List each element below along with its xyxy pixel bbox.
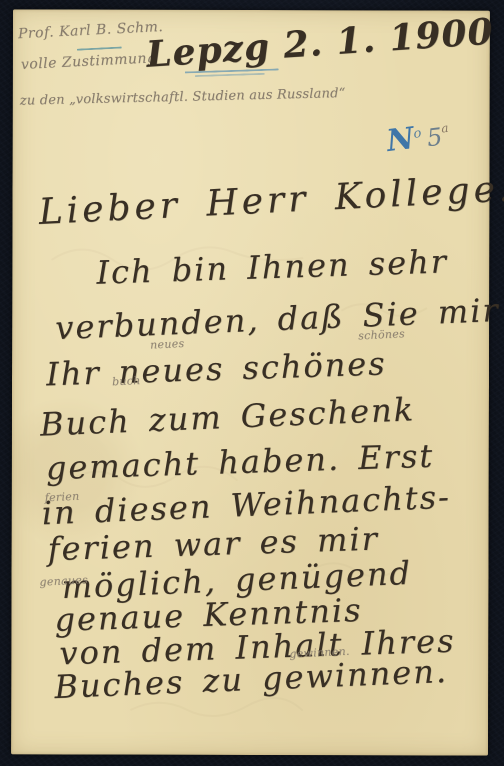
registry-number: No5a (385, 117, 451, 159)
interlinear-gloss: schönes (358, 327, 405, 342)
interlinear-gloss: buch (112, 374, 141, 388)
registry-prefix-sup: o (413, 126, 423, 142)
teal-underline-author (77, 46, 122, 50)
letter-paper: Prof. Karl B. Schm. volle Zustimmung zu … (11, 9, 490, 755)
interlinear-gloss: ferien (44, 490, 79, 505)
registry-superscript: a (440, 121, 449, 136)
interlinear-gloss: genaues (39, 573, 88, 588)
salutation: Lieber Herr Kollege! (38, 168, 504, 233)
pencil-note-approval: volle Zustimmung (21, 50, 157, 73)
scan-background: Prof. Karl B. Schm. volle Zustimmung zu … (0, 0, 504, 766)
blue-underline-dateline-2 (195, 73, 265, 77)
body-line: Ich bin Ihnen sehr (96, 242, 449, 291)
dateline: Lepzg 2. 1. 1900 (145, 11, 495, 76)
pencil-note-subject: zu den „volkswirtschaftl. Studien aus Ru… (20, 86, 346, 109)
interlinear-gloss: neues (150, 337, 185, 352)
pencil-note-author: Prof. Karl B. Schm. (18, 19, 164, 42)
body-line: verbunden, daß Sie mir (55, 291, 501, 347)
body-line: Buch zum Geschenk (39, 390, 415, 443)
body-line: Ihr neues schönes (46, 344, 388, 393)
